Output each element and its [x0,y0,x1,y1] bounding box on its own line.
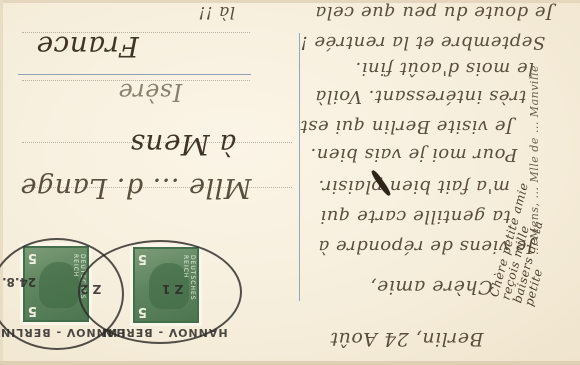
address-region: Isère [118,78,182,106]
postmark-text: HANNOV - BERLIN [102,326,228,339]
message-line: Je doute du peu que cela [315,2,553,23]
address-blue-rule [18,74,251,75]
message-dateline: Berlin, 24 Août [330,328,484,350]
postcard-back: France Isère à Mens Mlle ... d. Lange là… [0,0,580,365]
message-salutation: Chère amie, [370,276,493,298]
address-country: France [36,30,139,63]
postmark-code: Z 1 [162,282,183,296]
message-line: très intéressant. Voilà [315,86,526,107]
message-line: ta gentille carte qui [320,206,511,227]
side-note: ... Mens, ... Mlle de ... Manville [528,65,541,255]
message-line: m'a fait bien plaisir. [318,176,510,197]
address-top-fragment: là !! [198,2,235,22]
message-line: Je visite Berlin qui est [300,116,513,137]
message-line: Pour moi je vais bien. [310,144,517,165]
message-address-divider [299,33,300,301]
margin-note: Chère petite amie reçois mille baisers d… [488,179,565,307]
postmark-date: 24.8. [2,275,36,289]
address-city: à Mens [130,128,236,161]
address-recipient: Mlle ... d. Lange [20,172,251,203]
message-line: le mois d'août fini. [355,58,534,79]
card-edge-bottom [0,361,580,365]
message-line: Septembre et la rentrée ! [300,32,545,53]
